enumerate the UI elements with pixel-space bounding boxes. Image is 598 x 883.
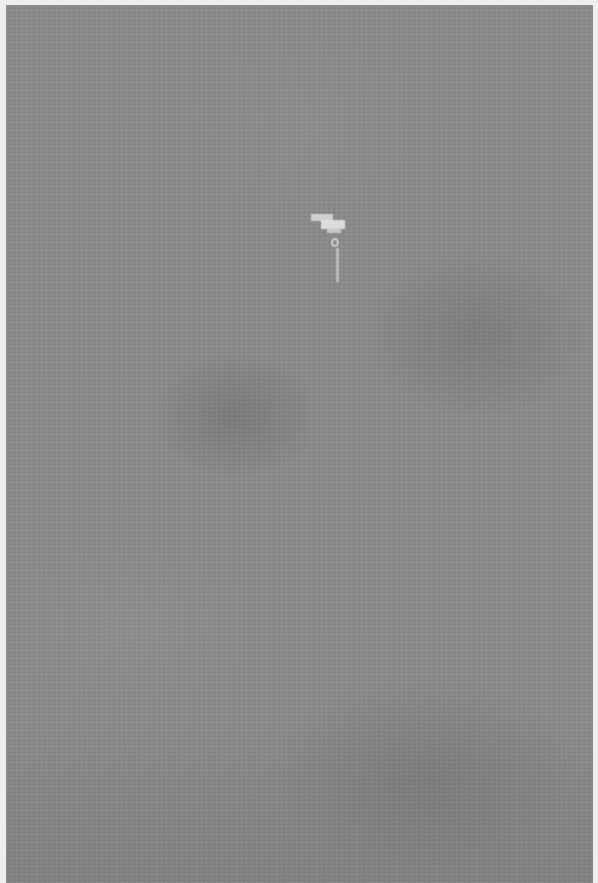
mark-fragment	[327, 228, 341, 233]
scan-shading	[6, 723, 593, 883]
scanned-page	[6, 5, 593, 883]
ring-icon	[331, 238, 339, 247]
stem-line	[336, 248, 339, 282]
small-stamp-mark	[309, 210, 359, 285]
